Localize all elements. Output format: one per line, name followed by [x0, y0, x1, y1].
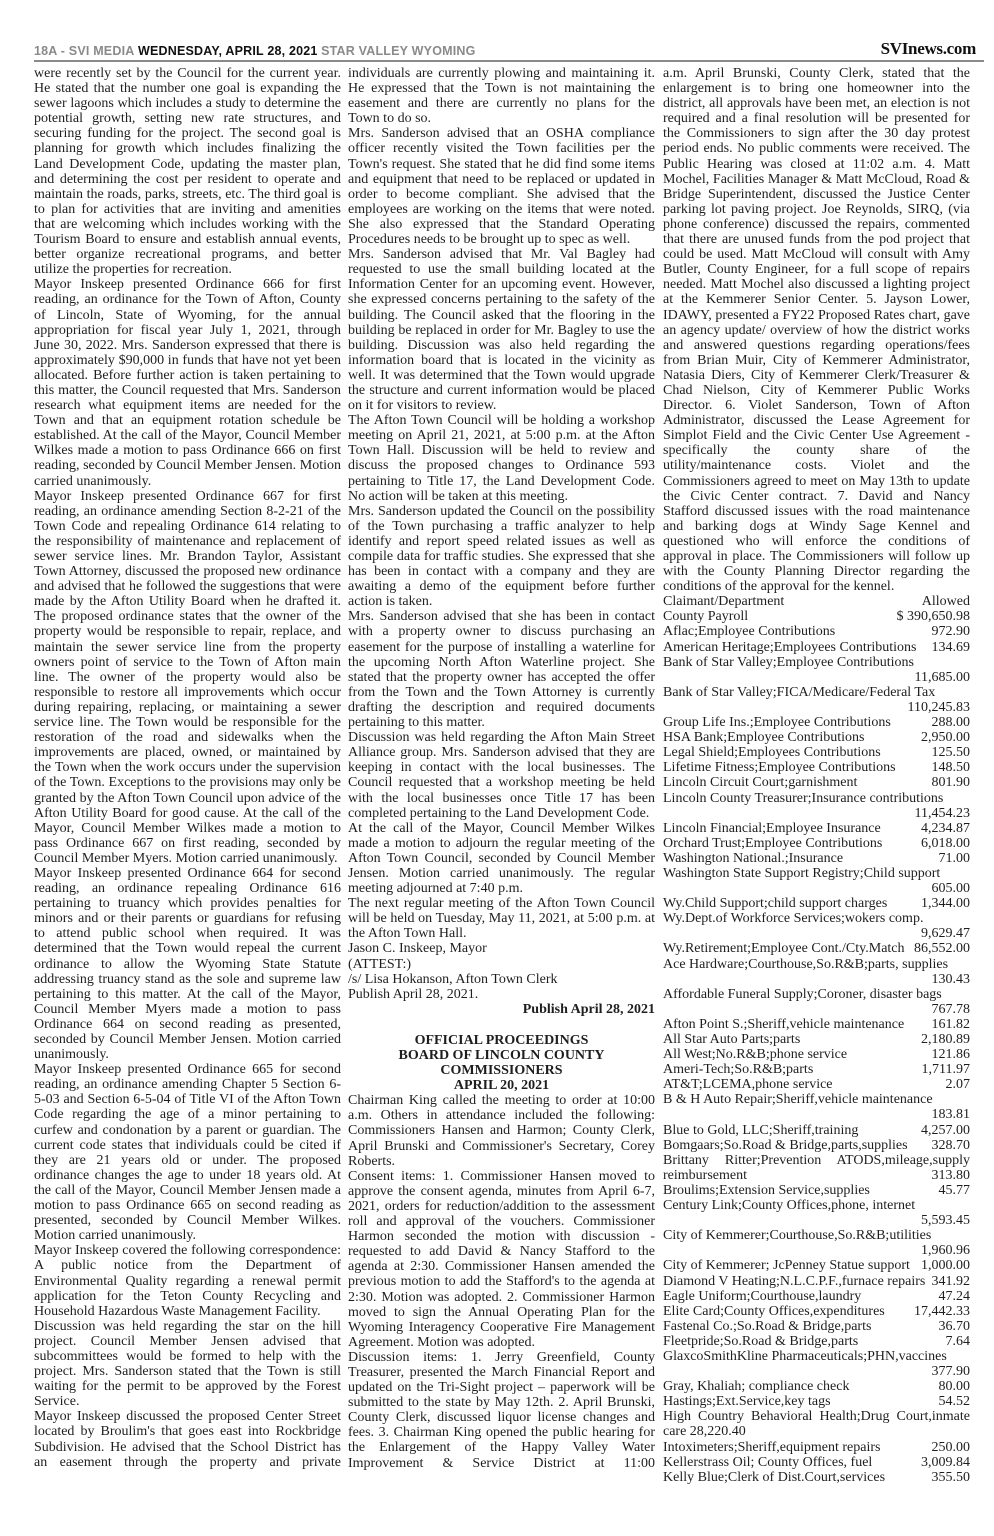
paragraph: Mrs. Sanderson updated the Council on th…: [348, 504, 655, 610]
ledger-row-name: Blue to Gold, LLC;Sheriff,training: [663, 1123, 858, 1138]
ledger-row-amount: 250.00: [932, 1440, 971, 1455]
ledger-row-name: Century Link;County Offices,phone, inter…: [663, 1198, 970, 1213]
ledger-header-claimant: Claimant/Department: [663, 594, 784, 609]
ledger-row-name: B & H Auto Repair;Sheriff,vehicle mainte…: [663, 1092, 970, 1107]
paragraph: Mayor Inskeep presented Ordinance 667 fo…: [34, 489, 341, 866]
ledger-row-name: Bank of Star Valley;Employee Contributio…: [663, 655, 970, 670]
ledger-row: County Payroll$ 390,650.98: [663, 609, 970, 624]
paragraph: Mayor Inskeep covered the following corr…: [34, 1243, 341, 1318]
ledger-row-name: Elite Card;County Offices,expenditures: [663, 1304, 885, 1319]
ledger-row: Ameri-Tech;So.R&B;parts1,711.97: [663, 1062, 970, 1077]
ledger-row-amount: 605.00: [663, 881, 970, 896]
ledger-row-amount: 4,234.87: [921, 821, 970, 836]
ledger-row-name: Lincoln Circuit Court;garnishment: [663, 775, 857, 790]
ledger-row-name: Kelly Blue;Clerk of Dist.Court,services: [663, 1470, 885, 1485]
heading-line: OFFICIAL PROCEEDINGS: [348, 1033, 655, 1048]
ledger-row-amount: 134.69: [932, 640, 971, 655]
ledger-row-name: City of Kemmerer;Courthouse,So.R&B;utili…: [663, 1228, 970, 1243]
ledger-row-name: Bomgaars;So.Road & Bridge,parts,supplies: [663, 1138, 908, 1153]
ledger-row-amount: 288.00: [932, 715, 971, 730]
ledger-row-continuation: reimbursement: [663, 1168, 747, 1183]
signature-clerk: /s/ Lisa Hokanson, Afton Town Clerk: [348, 972, 655, 987]
ledger-row-amount: 1,000.00: [921, 1258, 970, 1273]
column-2: individuals are currently plowing and ma…: [348, 66, 655, 1471]
ledger-row-name: Diamond V Heating;N.L.C.P.F.,furnace rep…: [663, 1274, 925, 1289]
ledger-row-amount: 11,454.23: [663, 806, 970, 821]
paragraph: Discussion items: 1. Jerry Greenfield, C…: [348, 1350, 655, 1471]
ledger-row-name: AT&T;LCEMA,phone service: [663, 1077, 833, 1092]
paragraph: Mrs. Sanderson advised that Mr. Val Bagl…: [348, 247, 655, 413]
ledger-row: Fastenal Co.;So.Road & Bridge,parts36.70: [663, 1319, 970, 1334]
paragraph: At the call of the Mayor, Council Member…: [348, 821, 655, 896]
ledger-row-name: Intoximeters;Sheriff,equipment repairs: [663, 1440, 880, 1455]
paragraph: Mrs. Sanderson advised that an OSHA comp…: [348, 126, 655, 247]
column-3: a.m. April Brunski, County Clerk, stated…: [663, 66, 970, 1485]
ledger-row-amount: 767.78: [663, 1002, 970, 1017]
ledger-row: Afton Point S.;Sheriff,vehicle maintenan…: [663, 1017, 970, 1032]
ledger-row: Blue to Gold, LLC;Sheriff,training4,257.…: [663, 1123, 970, 1138]
ledger-row-amount: 1,344.00: [921, 896, 970, 911]
ledger-row-amount: 4,257.00: [921, 1123, 970, 1138]
ledger-row-name: Eagle Uniform;Courthouse,laundry: [663, 1289, 861, 1304]
ledger-row-name: Wy.Retirement;Employee Cont./Cty.Match: [663, 941, 905, 956]
paragraph: a.m. April Brunski, County Clerk, stated…: [663, 66, 970, 594]
ledger-row: Diamond V Heating;N.L.C.P.F.,furnace rep…: [663, 1274, 970, 1289]
ledger-row-amount: 1,960.96: [663, 1243, 970, 1258]
ledger-row: Eagle Uniform;Courthouse,laundry47.24: [663, 1289, 970, 1304]
signature-mayor: Jason C. Inskeep, Mayor: [348, 941, 655, 956]
ledger-row-amount: 36.70: [939, 1319, 971, 1334]
page-section-label: 18A - SVI MEDIA: [34, 44, 134, 58]
signature-attest: (ATTEST:): [348, 957, 655, 972]
ledger-row-amount: 17,442.33: [914, 1304, 970, 1319]
ledger-row-name: Orchard Trust;Employee Contributions: [663, 836, 882, 851]
ledger-row: Lincoln Financial;Employee Insurance4,23…: [663, 821, 970, 836]
column-1: were recently set by the Council for the…: [34, 66, 341, 1470]
ledger-row: HSA Bank;Employee Contributions2,950.00: [663, 730, 970, 745]
ledger-row-amount: 54.52: [939, 1394, 971, 1409]
paragraph: Mrs. Sanderson advised that she has been…: [348, 609, 655, 730]
ledger-row-name: Aflac;Employee Contributions: [663, 624, 835, 639]
ledger-row-amount: 183.81: [663, 1107, 970, 1122]
heading-line: BOARD OF LINCOLN COUNTY COMMISSIONERS: [348, 1048, 655, 1078]
ledger-row: Kellerstrass Oil; County Offices, fuel3,…: [663, 1455, 970, 1470]
paragraph: Discussion was held regarding the Afton …: [348, 730, 655, 821]
ledger-row-name: Kellerstrass Oil; County Offices, fuel: [663, 1455, 872, 1470]
ledger-row: Group Life Ins.;Employee Contributions28…: [663, 715, 970, 730]
ledger-row-name: Fastenal Co.;So.Road & Bridge,parts: [663, 1319, 871, 1334]
ledger-row-amount: 1,711.97: [922, 1062, 970, 1077]
paragraph: Consent items: 1. Commissioner Hansen mo…: [348, 1169, 655, 1350]
paragraph: Discussion was held regarding the star o…: [34, 1319, 341, 1410]
ledger-row-name: Washington National.;Insurance: [663, 851, 843, 866]
ledger-row-amount: 45.77: [939, 1183, 971, 1198]
ledger-row-name: Legal Shield;Employees Contributions: [663, 745, 881, 760]
ledger-row-amount: 125.50: [932, 745, 971, 760]
ledger-row: Fleetpride;So.Road & Bridge,parts7.64: [663, 1334, 970, 1349]
ledger-row-amount: 110,245.83: [663, 700, 970, 715]
ledger-row-name: Wy.Dept.of Workforce Services;wokers com…: [663, 911, 970, 926]
ledger-row-name: Ace Hardware;Courthouse,So.R&B;parts, su…: [663, 957, 970, 972]
paragraph: Mayor Inskeep presented Ordinance 665 fo…: [34, 1062, 341, 1243]
ledger-row-name: Broulims;Extension Service,supplies: [663, 1183, 870, 1198]
ledger-row-amount: 47.24: [939, 1289, 971, 1304]
paragraph: Chairman King called the meeting to orde…: [348, 1093, 655, 1168]
paragraph: The Afton Town Council will be holding a…: [348, 413, 655, 504]
ledger-row-name: Affordable Funeral Supply;Coroner, disas…: [663, 987, 970, 1002]
ledger-row-name: Fleetpride;So.Road & Bridge,parts: [663, 1334, 858, 1349]
ledger-row-name: Gray, Khaliah; compliance check: [663, 1379, 849, 1394]
ledger-row-amount: 972.90: [932, 624, 971, 639]
paragraph: Mayor Inskeep presented Ordinance 664 fo…: [34, 866, 341, 1062]
ledger-row: Broulims;Extension Service,supplies45.77: [663, 1183, 970, 1198]
ledger-row-amount: 80.00: [939, 1379, 971, 1394]
ledger-row-name: Washington State Support Registry;Child …: [663, 866, 970, 881]
ledger-row: Wy.Retirement;Employee Cont./Cty.Match86…: [663, 941, 970, 956]
ledger-row: Hastings;Ext.Service,key tags54.52: [663, 1394, 970, 1409]
section-heading: OFFICIAL PROCEEDINGS BOARD OF LINCOLN CO…: [348, 1033, 655, 1093]
ledger-row-name: Ameri-Tech;So.R&B;parts: [663, 1062, 813, 1077]
heading-line: APRIL 20, 2021: [348, 1078, 655, 1093]
ledger-row-amount: 9,629.47: [663, 926, 970, 941]
ledger-row-amount: 377.90: [663, 1364, 970, 1379]
paragraph: Mayor Inskeep discussed the proposed Cen…: [34, 1409, 341, 1469]
ledger-row: Orchard Trust;Employee Contributions6,01…: [663, 836, 970, 851]
ledger-header: Claimant/Department Allowed: [663, 594, 970, 609]
ledger-row-name: Lincoln Financial;Employee Insurance: [663, 821, 881, 836]
ledger-row-amount: 5,593.45: [663, 1213, 970, 1228]
ledger-row-amount: 341.92: [932, 1274, 971, 1289]
ledger-row-amount: 161.82: [932, 1017, 971, 1032]
ledger-row-amount: 2.07: [946, 1077, 971, 1092]
ledger-row-amount: $ 390,650.98: [897, 609, 971, 624]
ledger-row-amount: 11,685.00: [663, 670, 970, 685]
ledger-row: Lincoln Circuit Court;garnishment801.90: [663, 775, 970, 790]
ledger-row: Aflac;Employee Contributions972.90: [663, 624, 970, 639]
ledger-row-name: Wy.Child Support;child support charges: [663, 896, 887, 911]
ledger-row: Washington National.;Insurance71.00: [663, 851, 970, 866]
ledger-row: reimbursement313.80: [663, 1168, 970, 1183]
ledger-row-name: City of Kemmerer; JcPenney Statue suppor…: [663, 1258, 910, 1273]
ledger-row: AT&T;LCEMA,phone service2.07: [663, 1077, 970, 1092]
ledger-row: All West;No.R&B;phone service121.86: [663, 1047, 970, 1062]
ledger-row-name: Brittany Ritter;Prevention ATODS,mileage…: [663, 1153, 970, 1168]
ledger-row-amount: 801.90: [932, 775, 971, 790]
ledger-row-name: GlaxcoSmithKline Pharmaceuticals;PHN,vac…: [663, 1349, 970, 1364]
ledger-row-amount: 328.70: [932, 1138, 971, 1153]
site-logo: SVInews.com: [881, 41, 976, 56]
ledger-row-name: Afton Point S.;Sheriff,vehicle maintenan…: [663, 1017, 904, 1032]
ledger-row: Gray, Khaliah; compliance check80.00: [663, 1379, 970, 1394]
ledger-row-amount: 71.00: [939, 851, 971, 866]
ledger-row: Lifetime Fitness;Employee Contributions1…: [663, 760, 970, 775]
ledger-row-name: HSA Bank;Employee Contributions: [663, 730, 864, 745]
ledger-row: Elite Card;County Offices,expenditures17…: [663, 1304, 970, 1319]
ledger-row: Wy.Child Support;child support charges1,…: [663, 896, 970, 911]
ledger-row: City of Kemmerer; JcPenney Statue suppor…: [663, 1258, 970, 1273]
ledger-row-amount: 2,950.00: [921, 730, 970, 745]
ledger-header-allowed: Allowed: [922, 594, 970, 609]
ledger-row: Intoximeters;Sheriff,equipment repairs25…: [663, 1440, 970, 1455]
publish-line: Publish April 28, 2021.: [348, 987, 655, 1002]
ledger-row-name: Lifetime Fitness;Employee Contributions: [663, 760, 896, 775]
ledger-row-name: Bank of Star Valley;FICA/Medicare/Federa…: [663, 685, 970, 700]
issue-date: WEDNESDAY, APRIL 28, 2021: [138, 44, 318, 58]
ledger-row-amount: 313.80: [932, 1168, 971, 1183]
ledger-row-amount: 6,018.00: [921, 836, 970, 851]
ledger-row: Kelly Blue;Clerk of Dist.Court,services3…: [663, 1470, 970, 1485]
ledger-row-amount: 130.43: [663, 972, 970, 987]
ledger-row-name: Hastings;Ext.Service,key tags: [663, 1394, 831, 1409]
ledger-row-name: Group Life Ins.;Employee Contributions: [663, 715, 891, 730]
ledger-row-amount: 2,180.89: [921, 1032, 970, 1047]
ledger-table: County Payroll$ 390,650.98Aflac;Employee…: [663, 609, 970, 1484]
ledger-row-amount: 3,009.84: [921, 1455, 970, 1470]
ledger-row: Legal Shield;Employees Contributions125.…: [663, 745, 970, 760]
ledger-row-amount: 355.50: [932, 1470, 971, 1485]
ledger-row-name: County Payroll: [663, 609, 748, 624]
ledger-row: American Heritage;Employees Contribution…: [663, 640, 970, 655]
ledger-row-name: All Star Auto Parts;parts: [663, 1032, 800, 1047]
page-header: 18A - SVI MEDIA WEDNESDAY, APRIL 28, 202…: [34, 44, 984, 62]
ledger-row-amount: 7.64: [946, 1334, 971, 1349]
paragraph: The next regular meeting of the Afton To…: [348, 896, 655, 941]
ledger-row-amount: 148.50: [932, 760, 971, 775]
ledger-row-name: All West;No.R&B;phone service: [663, 1047, 847, 1062]
ledger-row-name: American Heritage;Employees Contribution…: [663, 640, 917, 655]
paragraph: were recently set by the Council for the…: [34, 66, 341, 277]
ledger-row: All Star Auto Parts;parts2,180.89: [663, 1032, 970, 1047]
ledger-row-amount: 121.86: [932, 1047, 971, 1062]
paragraph: Mayor Inskeep presented Ordinance 666 fo…: [34, 277, 341, 488]
ledger-row-name: Lincoln County Treasurer;Insurance contr…: [663, 791, 970, 806]
ledger-row-name: High Country Behavioral Health;Drug Cour…: [663, 1409, 970, 1424]
ledger-row-continuation: care 28,220.40: [663, 1424, 970, 1439]
location-label: STAR VALLEY WYOMING: [321, 44, 476, 58]
ledger-row-amount: 86,552.00: [914, 941, 970, 956]
ledger-row: Bomgaars;So.Road & Bridge,parts,supplies…: [663, 1138, 970, 1153]
publish-date-bold: Publish April 28, 2021: [348, 1002, 655, 1017]
paragraph: individuals are currently plowing and ma…: [348, 66, 655, 126]
